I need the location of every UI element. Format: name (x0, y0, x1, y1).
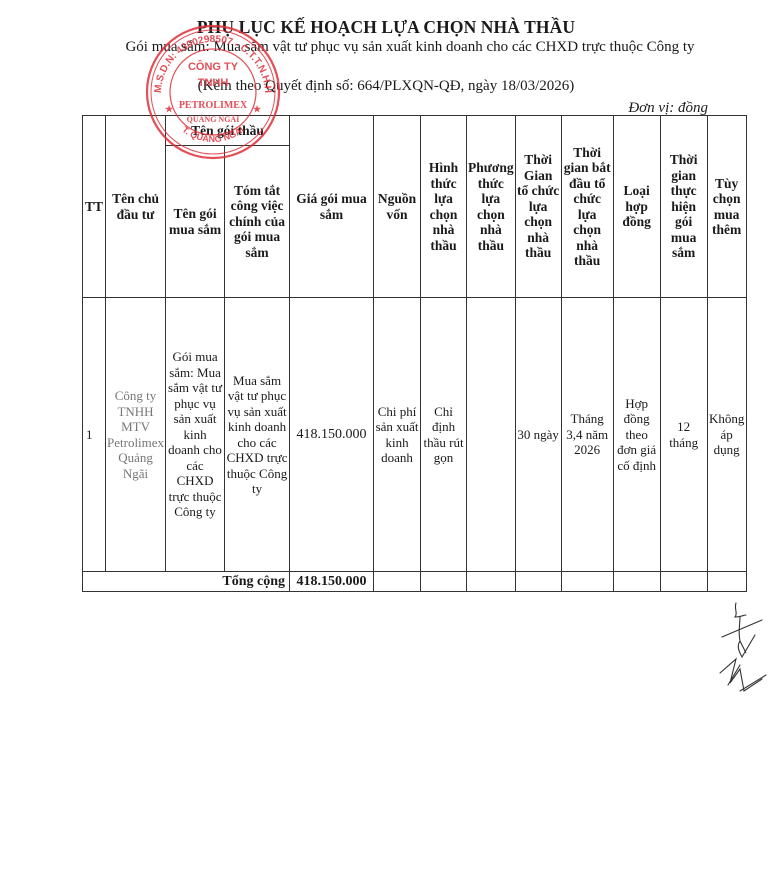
cell-selection-method (467, 298, 516, 572)
total-empty-cell (421, 572, 467, 592)
stamp-line3: PETROLIMEX (179, 100, 248, 111)
header-tt: TT (83, 116, 106, 298)
total-row: Tổng cộng 418.150.000 (83, 572, 747, 592)
header-row-group: TT Tên chủ đầu tư Tên gói thầu Giá gói m… (83, 116, 747, 146)
header-selection-start: Thời gian bắt đầu tổ chức lựa chọn nhà t… (561, 116, 613, 298)
header-execution-time: Thời gian thực hiện gói mua sắm (660, 116, 707, 298)
cell-investor: Công ty TNHH MTV Petrolimex Quảng Ngãi (106, 298, 166, 572)
total-empty-cell (467, 572, 516, 592)
header-selection-form: Hình thức lựa chọn nhà thầu (421, 116, 467, 298)
decision-reference: (Kèm theo Quyết định số: 664/PLXQN-QĐ, n… (0, 78, 772, 95)
cell-summary: Mua sắm vật tư phục vụ sản xuất kinh doa… (225, 298, 290, 572)
header-investor: Tên chủ đầu tư (106, 116, 166, 298)
header-package-group: Tên gói thầu (166, 116, 290, 146)
cell-selection-start: Tháng 3,4 năm 2026 (561, 298, 613, 572)
total-empty-cell (660, 572, 707, 592)
total-label: Tổng cộng (83, 572, 290, 592)
header-funding: Nguồn vốn (374, 116, 421, 298)
cell-contract-type: Hợp đồng theo đơn giá cố định (613, 298, 660, 572)
header-extra-option: Tùy chọn mua thêm (707, 116, 746, 298)
signature-initials (700, 595, 770, 705)
cell-price: 418.150.000 (290, 298, 374, 572)
total-empty-cell (707, 572, 746, 592)
total-empty-cell (561, 572, 613, 592)
procurement-plan-table: TT Tên chủ đầu tư Tên gói thầu Giá gói m… (82, 115, 747, 592)
cell-tt: 1 (83, 298, 106, 572)
cell-selection-duration: 30 ngày (515, 298, 561, 572)
total-empty-cell (515, 572, 561, 592)
stamp-line1: CÔNG TY (188, 60, 239, 73)
cell-extra-option: Không áp dụng (707, 298, 746, 572)
header-summary: Tóm tắt công việc chính của gói mua sắm (225, 146, 290, 298)
cell-selection-form: Chỉ định thầu rút gọn (421, 298, 467, 572)
total-empty-cell (374, 572, 421, 592)
header-package-name: Tên gói mua sắm (166, 146, 225, 298)
table-row: 1 Công ty TNHH MTV Petrolimex Quảng Ngãi… (83, 298, 747, 572)
header-selection-duration: Thời Gian tổ chức lựa chọn nhà thầu (515, 116, 561, 298)
stamp-star-icon: ★ (253, 104, 262, 114)
document-subtitle: Gói mua sắm: Mua sắm vật tư phục vụ sản … (100, 38, 720, 56)
header-selection-method: Phương thức lựa chọn nhà thầu (467, 116, 516, 298)
document-title: PHỤ LỤC KẾ HOẠCH LỰA CHỌN NHÀ THẦU (0, 17, 772, 38)
stamp-star-icon: ★ (165, 104, 174, 114)
header-price: Giá gói mua sắm (290, 116, 374, 298)
total-empty-cell (613, 572, 660, 592)
header-contract-type: Loại hợp đồng (613, 116, 660, 298)
cell-funding: Chi phí sản xuất kinh doanh (374, 298, 421, 572)
total-value: 418.150.000 (290, 572, 374, 592)
cell-execution-time: 12 tháng (660, 298, 707, 572)
cell-package-name: Gói mua sắm: Mua sắm vật tư phục vụ sản … (166, 298, 225, 572)
